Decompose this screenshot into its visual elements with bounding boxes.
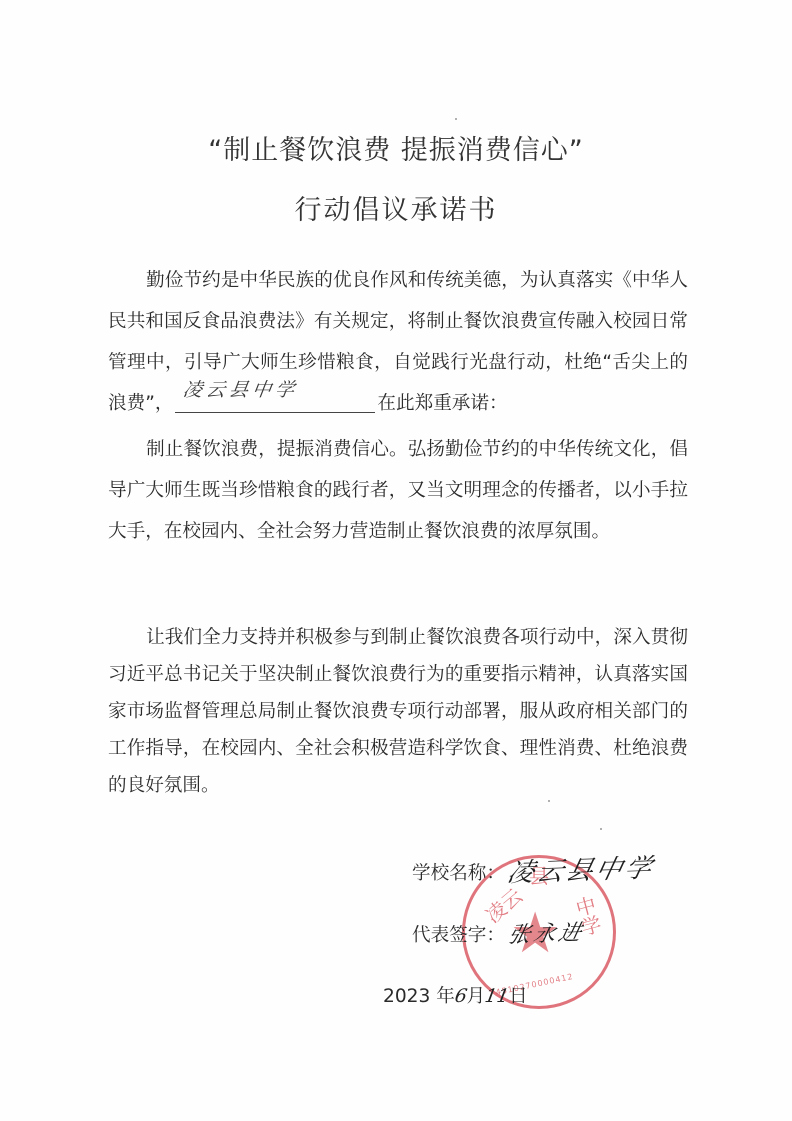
scan-speck (548, 800, 550, 802)
scan-speck (455, 118, 457, 120)
school-name-line: 学校名称：凌云县中学 (412, 850, 654, 887)
date-month-label: 月 (467, 986, 486, 1007)
scan-speck (600, 828, 602, 830)
handwritten-representative-signature: 张永进 (505, 916, 587, 950)
paragraph-commitment: 制止餐饮浪费，提振消费信心。弘扬勤俭节约的中华传统文化，倡导广大师生既当珍惜粮食… (108, 429, 688, 552)
representative-signature-line: 代表签字：张永进 (412, 917, 584, 948)
paragraph-action: 让我们全力支持并积极参与到制止餐饮浪费各项行动中，深入贯彻习近平总书记关于坚决制… (108, 619, 688, 804)
document-subtitle: 行动倡议承诺书 (0, 188, 792, 227)
paragraph-action-text: 让我们全力支持并积极参与到制止餐饮浪费各项行动中，深入贯彻习近平总书记关于坚决制… (108, 627, 688, 796)
date-year: 2023 年 (383, 986, 455, 1007)
date-line: 2023 年6月11日 (383, 982, 528, 1008)
scan-speck (545, 452, 547, 454)
date-day-handwritten: 11 (483, 986, 510, 1007)
representative-label: 代表签字： (412, 925, 505, 946)
paragraph-intro: 勤俭节约是中华民族的优良作风和传统美德，为认真落实《中华人民共和国反食品浪费法》… (108, 260, 688, 424)
paragraph-intro-tail: 在此郑重承诺： (377, 393, 507, 414)
scan-speck (548, 440, 550, 442)
handwritten-school-name: 凌云县中学 (181, 370, 302, 411)
handwritten-school-signature: 凌云县中学 (504, 847, 658, 889)
school-name-label: 学校名称： (412, 863, 505, 884)
school-name-blank: 凌云县中学 (175, 390, 375, 413)
paragraph-commitment-text: 制止餐饮浪费，提振消费信心。弘扬勤俭节约的中华传统文化，倡导广大师生既当珍惜粮食… (108, 439, 688, 542)
date-day-label: 日 (509, 986, 528, 1007)
document-title: “制止餐饮浪费 提振消费信心” (0, 128, 792, 167)
document-page: “制止餐饮浪费 提振消费信心” 行动倡议承诺书 勤俭节约是中华民族的优良作风和传… (0, 0, 792, 1121)
